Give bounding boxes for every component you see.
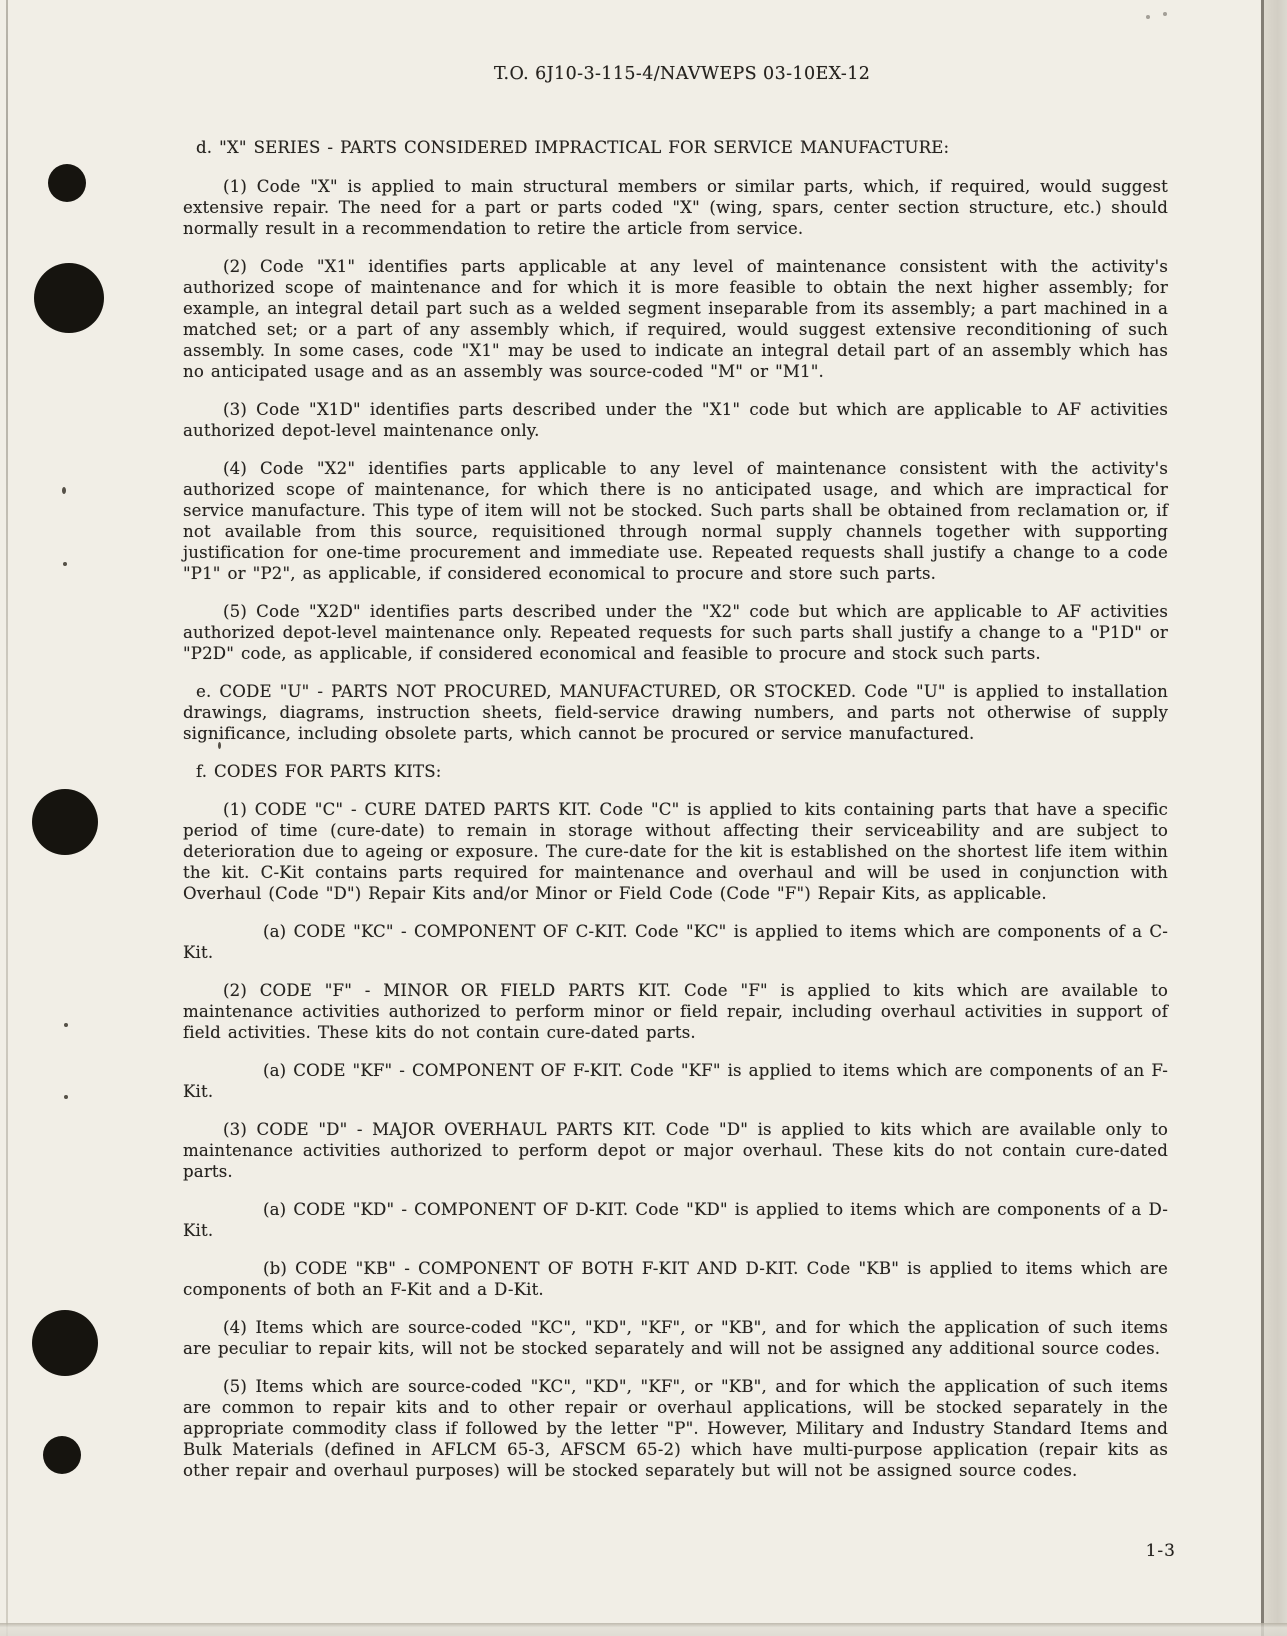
scan-speck — [1146, 15, 1150, 19]
scan-edge-right — [1264, 0, 1287, 1636]
scan-speck — [62, 487, 66, 494]
paragraph-f-2-a: (a) CODE "KF" - COMPONENT OF F-KIT. Code… — [183, 1060, 1168, 1102]
paragraph-f-4: (4) Items which are source-coded "KC", "… — [183, 1317, 1168, 1359]
paragraph-f-2: (2) CODE "F" - MINOR OR FIELD PARTS KIT.… — [183, 980, 1168, 1043]
punch-hole-dot-large — [34, 263, 104, 333]
paragraph-d-5: (5) Code "X2D" identifies parts describe… — [183, 601, 1168, 664]
document-body: d. "X" SERIES - PARTS CONSIDERED IMPRACT… — [183, 137, 1168, 1498]
punch-hole-dot-small — [48, 164, 86, 202]
scan-speck — [1163, 12, 1167, 16]
scanned-document-page: T.O. 6J10-3-115-4/NAVWEPS 03-10EX-12 d. … — [0, 0, 1287, 1636]
paragraph-f-3: (3) CODE "D" - MAJOR OVERHAUL PARTS KIT.… — [183, 1119, 1168, 1182]
paragraph-f-1-a: (a) CODE "KC" - COMPONENT OF C-KIT. Code… — [183, 921, 1168, 963]
section-f-heading: f. CODES FOR PARTS KITS: — [183, 761, 1168, 782]
paragraph-d-4: (4) Code "X2" identifies parts applicabl… — [183, 458, 1168, 584]
scan-speck — [64, 1095, 68, 1099]
paragraph-f-5: (5) Items which are source-coded "KC", "… — [183, 1376, 1168, 1481]
scan-speck — [63, 562, 67, 566]
paragraph-d-3: (3) Code "X1D" identifies parts describe… — [183, 399, 1168, 441]
paragraph-f-3-a: (a) CODE "KD" - COMPONENT OF D-KIT. Code… — [183, 1199, 1168, 1241]
paragraph-f-3-b: (b) CODE "KB" - COMPONENT OF BOTH F-KIT … — [183, 1258, 1168, 1300]
scan-edge-bottom — [0, 1623, 1287, 1636]
paragraph-d-2: (2) Code "X1" identifies parts applicabl… — [183, 256, 1168, 382]
paragraph-f-1: (1) CODE "C" - CURE DATED PARTS KIT. Cod… — [183, 799, 1168, 904]
section-d-heading: d. "X" SERIES - PARTS CONSIDERED IMPRACT… — [183, 137, 1168, 158]
punch-hole-dot-large — [32, 789, 98, 855]
punch-hole-dot-small — [43, 1436, 81, 1474]
scan-speck — [64, 1023, 68, 1027]
document-header: T.O. 6J10-3-115-4/NAVWEPS 03-10EX-12 — [494, 64, 870, 84]
scan-edge-left — [6, 0, 8, 1636]
page-number: 1-3 — [1146, 1541, 1176, 1561]
punch-hole-dot-large — [32, 1310, 98, 1376]
paragraph-d-1: (1) Code "X" is applied to main structur… — [183, 176, 1168, 239]
scan-edge-right-line — [1261, 0, 1264, 1636]
section-e: e. CODE "U" - PARTS NOT PROCURED, MANUFA… — [183, 681, 1168, 744]
